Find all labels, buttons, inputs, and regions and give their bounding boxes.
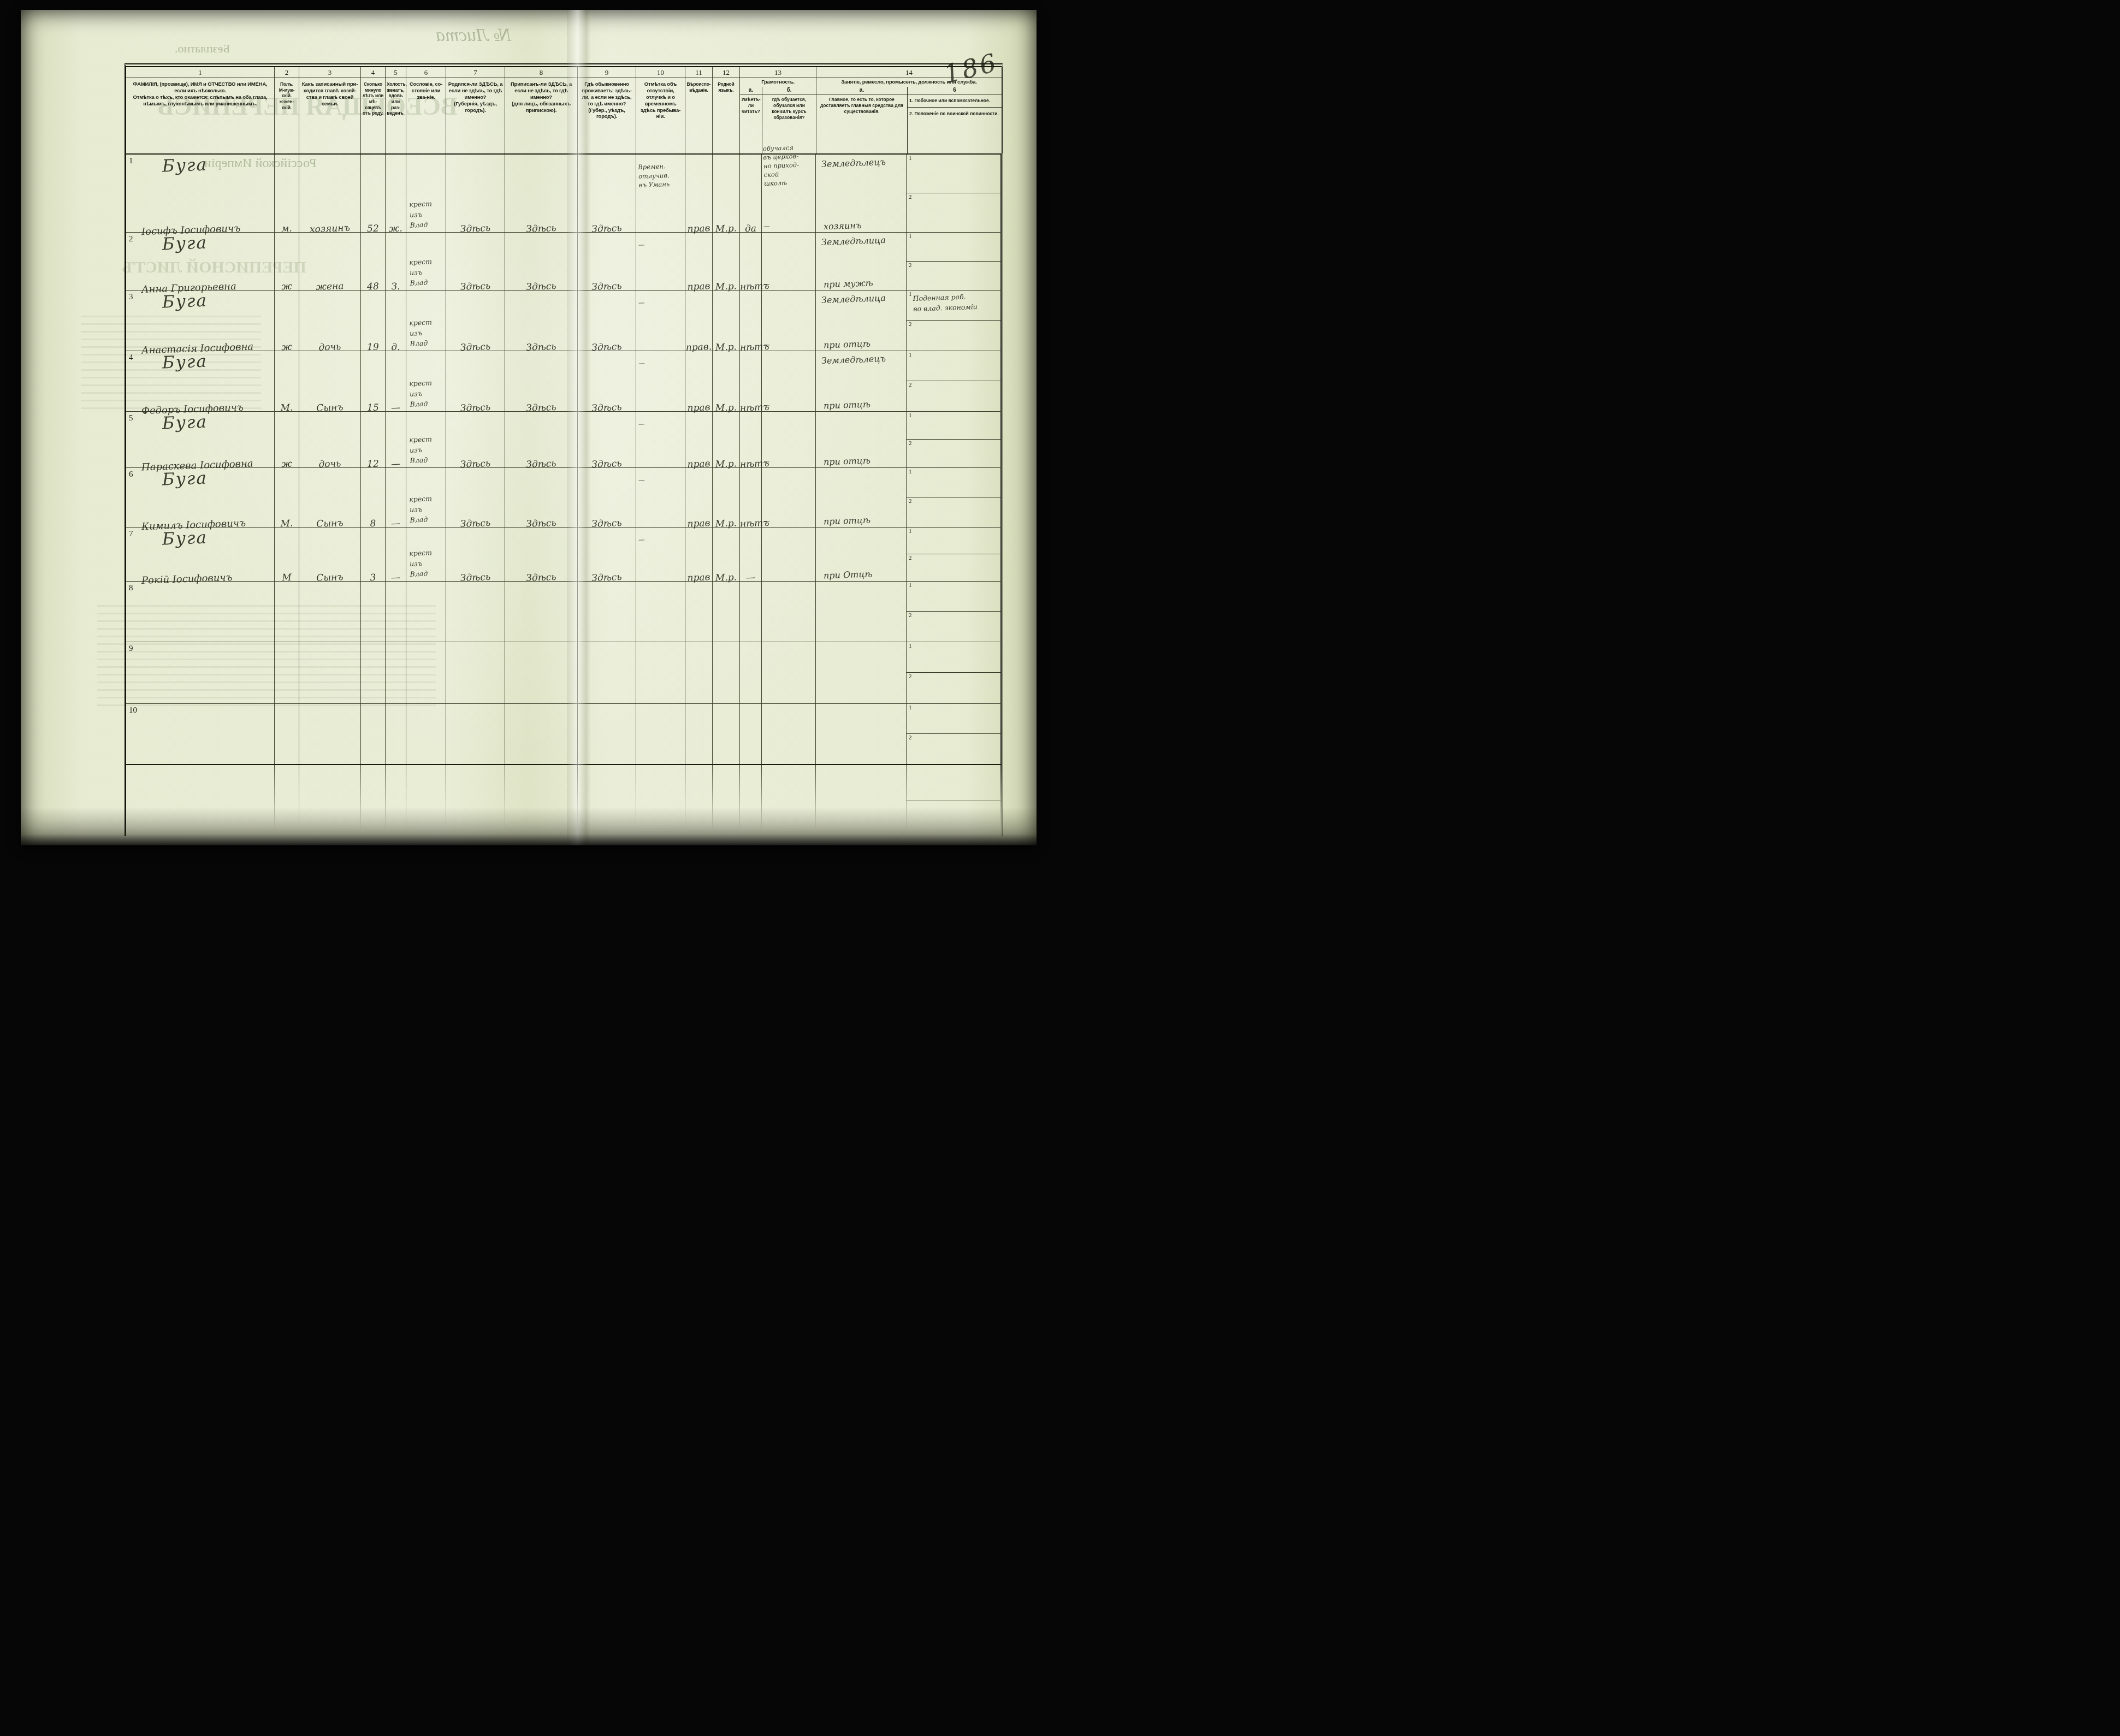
cell-born-here: Здѣсь bbox=[446, 412, 505, 467]
header-col-5: 5 Холостъ, женатъ, вдовъ или раз-веденъ. bbox=[386, 67, 406, 153]
cell-row-number: 8 bbox=[126, 582, 138, 642]
subcell-side-occupation: 1 bbox=[907, 528, 1000, 554]
cell-language bbox=[713, 582, 740, 642]
subcell-military-status: 2 bbox=[907, 321, 1000, 351]
cell-estate: крест изъ Влад bbox=[406, 351, 446, 411]
header-col-14: 14 Занятіе, ремесло, промыселъ, должност… bbox=[816, 67, 1003, 153]
cell-occupation-secondary: 1 2 bbox=[907, 233, 1002, 290]
cell-residence: Здѣсь bbox=[578, 155, 636, 232]
subcell-label-2: 2 bbox=[909, 612, 912, 619]
cell-sex bbox=[275, 704, 299, 764]
cell-language: М.р. bbox=[713, 351, 740, 411]
cell-row-number: 1 bbox=[126, 155, 138, 232]
row-number: 1 bbox=[126, 155, 138, 166]
table-row: 3 Буга Анастасія Іосифовна ж дочь 19 д. … bbox=[126, 291, 1002, 351]
cell-occupation: Земледѣлица при отцѣ bbox=[816, 291, 907, 351]
cell-born-here: Здѣсь bbox=[446, 233, 505, 290]
subcell-military-status: 2 bbox=[907, 262, 1000, 291]
cell-registered-here bbox=[505, 704, 578, 764]
cell-relation: хозяинъ bbox=[299, 155, 361, 232]
cell-name bbox=[138, 582, 275, 642]
header-col-11: 11 Вѣроиспо-вѣданіе. bbox=[685, 67, 713, 153]
cell-row-number: 2 bbox=[126, 233, 138, 290]
header-col-14a: а. Главное, то есть то, которое доставля… bbox=[816, 87, 908, 153]
cell-religion: прав bbox=[685, 412, 713, 467]
table-row: 5 Буга Параскева Іосифовна ж дочь 12 — к… bbox=[126, 412, 1002, 468]
cell-occupation-secondary: 1 2 bbox=[907, 582, 1002, 642]
cell-education bbox=[762, 582, 816, 642]
cell-registered-here: Здѣсь bbox=[505, 468, 578, 527]
row-number: 4 bbox=[126, 351, 138, 363]
cell-name: Буга Федоръ Іосифовичъ bbox=[138, 351, 275, 411]
cell-sex: М bbox=[275, 528, 299, 581]
cell-born-here: Здѣсь bbox=[446, 528, 505, 581]
cell-occupation-secondary: 1 2 bbox=[907, 155, 1002, 232]
cell-residence bbox=[578, 582, 636, 642]
cell-education: обучался въ церков- но приход- ской школ… bbox=[762, 155, 816, 232]
subcell-label-2: 2 bbox=[909, 673, 912, 680]
row-number: 7 bbox=[126, 528, 138, 539]
cell-absence-note: — bbox=[636, 412, 685, 467]
cell-born-here bbox=[446, 582, 505, 642]
cell-estate: крест изъ Влад bbox=[406, 155, 446, 232]
cell-row-number: 3 bbox=[126, 291, 138, 351]
cell-marital bbox=[386, 642, 406, 703]
cell-age bbox=[361, 642, 386, 703]
subcell-side-occupation bbox=[907, 765, 1000, 801]
cell-religion: прав. bbox=[685, 291, 713, 351]
cell-estate bbox=[406, 704, 446, 764]
cell-sex: ж bbox=[275, 233, 299, 290]
cell-born-here bbox=[446, 642, 505, 703]
row-number: 9 bbox=[126, 642, 138, 654]
cell-row-number: 4 bbox=[126, 351, 138, 411]
cell-residence: Здѣсь bbox=[578, 412, 636, 467]
row-number: 6 bbox=[126, 468, 138, 479]
cell-residence: Здѣсь bbox=[578, 528, 636, 581]
subcell-label-2: 2 bbox=[909, 321, 912, 328]
cell-age: 12 bbox=[361, 412, 386, 467]
cell-sex bbox=[275, 642, 299, 703]
subcell-label-1: 1 bbox=[909, 233, 912, 240]
row-number bbox=[126, 765, 138, 767]
cell-education bbox=[762, 642, 816, 703]
cell-religion: прав bbox=[685, 468, 713, 527]
cell-occupation-secondary: 1 Поденная раб. во влад. экономіи 2 bbox=[907, 291, 1002, 351]
cell-literate: да bbox=[740, 155, 762, 232]
cell-row-number: 7 bbox=[126, 528, 138, 581]
cell-estate: крест изъ Влад bbox=[406, 412, 446, 467]
cell-religion: прав bbox=[685, 233, 713, 290]
cell-age bbox=[361, 704, 386, 764]
cell-registered-here: Здѣсь bbox=[505, 351, 578, 411]
row-number: 3 bbox=[126, 291, 138, 302]
cell-literate: — bbox=[740, 528, 762, 581]
subcell-label-1: 1 bbox=[909, 291, 912, 298]
subcell-side-occupation: 1 bbox=[907, 582, 1000, 612]
cell-occupation bbox=[816, 582, 907, 642]
cell-registered-here: Здѣсь bbox=[505, 412, 578, 467]
subcell-military-status: 2 bbox=[907, 612, 1000, 642]
cell-registered-here: Здѣсь bbox=[505, 291, 578, 351]
cell-sex: ж bbox=[275, 291, 299, 351]
cell-residence: Здѣсь bbox=[578, 468, 636, 527]
cell-residence: Здѣсь bbox=[578, 291, 636, 351]
subcell-military-status: 2 bbox=[907, 734, 1000, 764]
header-col-13a: а. Умѣетъ-ли читать? bbox=[740, 87, 762, 153]
cell-language: М.р. bbox=[713, 291, 740, 351]
cell-born-here: Здѣсь bbox=[446, 468, 505, 527]
cell-relation: Сынъ bbox=[299, 528, 361, 581]
cell-name: Буга Анастасія Іосифовна bbox=[138, 291, 275, 351]
cell-sex: М. bbox=[275, 468, 299, 527]
header-col-3: 3 Какъ записанный при-ходится главѣ хозя… bbox=[299, 67, 361, 153]
cell-absence-note: Времен. отлучив. въ Умань bbox=[636, 155, 685, 232]
cell-estate: крест изъ Влад bbox=[406, 233, 446, 290]
cell-born-here bbox=[446, 704, 505, 764]
cell-religion: прав bbox=[685, 351, 713, 411]
cell-age: 52 bbox=[361, 155, 386, 232]
surname-handwriting: Буга bbox=[162, 155, 208, 176]
header-col-8: 8 Приписанъ-ли ЗДѢСЬ, а если не здѣсь, т… bbox=[505, 67, 578, 153]
cell-age bbox=[361, 582, 386, 642]
cell-religion: прав bbox=[685, 528, 713, 581]
table-row: 9 bbox=[126, 642, 1002, 704]
cell-name bbox=[138, 642, 275, 703]
cell-registered-here: Здѣсь bbox=[505, 233, 578, 290]
cell-residence: Здѣсь bbox=[578, 233, 636, 290]
header-col-4: 4 Сколько минуло лѣтъ или мѣ-сяцевъ отъ … bbox=[361, 67, 386, 153]
cell-name: Буга Рокій Іосифовичъ bbox=[138, 528, 275, 581]
subcell-label-2: 2 bbox=[909, 555, 912, 561]
cell-language: М.р. bbox=[713, 528, 740, 581]
cell-absence-note: — bbox=[636, 528, 685, 581]
subcell-label-2: 2 bbox=[909, 440, 912, 447]
cell-language bbox=[713, 704, 740, 764]
cell-absence-note bbox=[636, 582, 685, 642]
cell-relation: Сынъ bbox=[299, 468, 361, 527]
census-table: 1 ФАМИЛІЯ, (прозвище), ИМЯ и ОТЧЕСТВО ил… bbox=[125, 63, 1003, 836]
cell-language bbox=[713, 642, 740, 703]
cell-age: 8 bbox=[361, 468, 386, 527]
subcell-side-occupation: 1 bbox=[907, 351, 1000, 381]
subcell-military-status: 2 bbox=[907, 381, 1000, 411]
census-sheet: Безплатно. № Листа ВСЕОБЩАЯ ПЕРЕПИСЬ Рос… bbox=[21, 10, 1037, 845]
subcell-military-status: 2 bbox=[907, 554, 1000, 581]
table-row: 6 Буга Кимилъ Іосифовичъ М. Сынъ 8 — кре… bbox=[126, 468, 1002, 528]
cell-literate: нѣтъ bbox=[740, 233, 762, 290]
cell-language: М.р. bbox=[713, 155, 740, 232]
cell-religion bbox=[685, 704, 713, 764]
table-row: 8 bbox=[126, 582, 1002, 642]
subcell-label-2: 2 bbox=[909, 194, 912, 200]
cell-marital bbox=[386, 582, 406, 642]
cell-registered-here bbox=[505, 582, 578, 642]
cell-name: Буга Анна Григорьевна bbox=[138, 233, 275, 290]
subcell-label-1: 1 bbox=[909, 528, 912, 535]
cell-absence-note: — bbox=[636, 233, 685, 290]
cell-registered-here bbox=[505, 642, 578, 703]
cell-marital: — bbox=[386, 468, 406, 527]
cell-absence-note bbox=[636, 642, 685, 703]
cell-marital: — bbox=[386, 351, 406, 411]
cell-row-number: 5 bbox=[126, 412, 138, 467]
subcell-military-status: 2 bbox=[907, 440, 1000, 467]
cell-literate: нѣтъ bbox=[740, 351, 762, 411]
cell-name: Буга Параскева Іосифовна bbox=[138, 412, 275, 467]
cell-row-number: 10 bbox=[126, 704, 138, 764]
ghost-free-label: Безплатно. bbox=[175, 42, 230, 56]
row-number: 5 bbox=[126, 412, 138, 423]
table-row: 4 Буга Федоръ Іосифовичъ М. Сынъ 15 — кр… bbox=[126, 351, 1002, 412]
subcell-military-status: 2 bbox=[907, 497, 1000, 527]
col-title: ФАМИЛІЯ, (прозвище), ИМЯ и ОТЧЕСТВО или … bbox=[126, 78, 274, 109]
cell-absence-note: — bbox=[636, 351, 685, 411]
photo-of-census-sheet: { "page": { "number": "186" }, "bleedthr… bbox=[0, 0, 1060, 868]
cell-occupation bbox=[816, 642, 907, 703]
cell-residence bbox=[578, 704, 636, 764]
cell-religion bbox=[685, 642, 713, 703]
table-row: 2 Буга Анна Григорьевна ж жена 48 З. кре… bbox=[126, 233, 1002, 291]
cell-literate bbox=[740, 704, 762, 764]
cell-name: Буга Кимилъ Іосифовичъ bbox=[138, 468, 275, 527]
subcell-label-1: 1 bbox=[909, 412, 912, 419]
cell-marital bbox=[386, 704, 406, 764]
cell-registered-here: Здѣсь bbox=[505, 155, 578, 232]
cell-sex bbox=[275, 582, 299, 642]
cell-marital: ж. bbox=[386, 155, 406, 232]
cell-occupation-secondary: 1 2 bbox=[907, 704, 1002, 764]
cell-relation: жена bbox=[299, 233, 361, 290]
cell-age: 19 bbox=[361, 291, 386, 351]
subcell-side-occupation: 1 bbox=[907, 233, 1000, 262]
cell-literate: нѣтъ bbox=[740, 291, 762, 351]
cell-born-here: Здѣсь bbox=[446, 291, 505, 351]
table-body: 1 Буга Іосифъ Іосифовичъ м. хозяинъ 52 ж… bbox=[126, 155, 1002, 836]
cell-born-here: Здѣсь bbox=[446, 351, 505, 411]
cell-occupation: при Отцѣ bbox=[816, 528, 907, 581]
header-col-1: 1 ФАМИЛІЯ, (прозвище), ИМЯ и ОТЧЕСТВО ил… bbox=[126, 67, 275, 153]
col-number: 1 bbox=[126, 67, 274, 78]
table-header: 1 ФАМИЛІЯ, (прозвище), ИМЯ и ОТЧЕСТВО ил… bbox=[126, 67, 1002, 155]
table-row: 7 Буга Рокій Іосифовичъ М Сынъ 3 — крест… bbox=[126, 528, 1002, 582]
header-col-6: 6 Сословіе, со-стояніе или зва-ніе. bbox=[406, 67, 446, 153]
cell-marital: д. bbox=[386, 291, 406, 351]
cell-religion: прав bbox=[685, 155, 713, 232]
cell-name bbox=[138, 704, 275, 764]
subcell-label-1: 1 bbox=[909, 643, 912, 649]
cell-occupation: Земледѣлецъ хозяинъ bbox=[816, 155, 907, 232]
cell-name: Буга Іосифъ Іосифовичъ bbox=[138, 155, 275, 232]
cell-occupation-secondary: 1 2 bbox=[907, 351, 1002, 411]
cell-occupation: Земледѣлецъ при отцѣ bbox=[816, 351, 907, 411]
subcell-label-1: 1 bbox=[909, 352, 912, 358]
subcell-side-occupation: 1 Поденная раб. во влад. экономіи bbox=[907, 291, 1000, 321]
cell-relation: дочь bbox=[299, 412, 361, 467]
row-number: 10 bbox=[126, 704, 138, 715]
cell-occupation bbox=[816, 704, 907, 764]
subcell-label-1: 1 bbox=[909, 155, 912, 162]
cell-estate: крест изъ Влад bbox=[406, 528, 446, 581]
cell-occupation: при отцѣ bbox=[816, 412, 907, 467]
cell-relation bbox=[299, 582, 361, 642]
header-col-2: 2 Полъ. М-муж-скій. ж-жен-скій. bbox=[275, 67, 299, 153]
cell-estate: крест изъ Влад bbox=[406, 291, 446, 351]
ghost-sheet-no: № Листа bbox=[436, 25, 511, 46]
cell-occupation: Земледѣлица при мужѣ bbox=[816, 233, 907, 290]
subcell-military-status: 2 bbox=[907, 673, 1000, 703]
subcell-side-occupation: 1 bbox=[907, 468, 1000, 497]
cell-occupation: при отцѣ bbox=[816, 468, 907, 527]
cell-language: М.р. bbox=[713, 412, 740, 467]
subcell-side-occupation: 1 bbox=[907, 704, 1000, 734]
cell-residence bbox=[578, 642, 636, 703]
cell-literate bbox=[740, 582, 762, 642]
subcell-side-occupation: 1 bbox=[907, 155, 1000, 193]
cell-residence: Здѣсь bbox=[578, 351, 636, 411]
cell-registered-here: Здѣсь bbox=[505, 528, 578, 581]
cell-absence-note bbox=[636, 704, 685, 764]
cell-sex: ж bbox=[275, 412, 299, 467]
cell-relation bbox=[299, 642, 361, 703]
subcell-label-2: 2 bbox=[909, 382, 912, 388]
cell-relation: Сынъ bbox=[299, 351, 361, 411]
cell-marital: — bbox=[386, 412, 406, 467]
cell-religion bbox=[685, 582, 713, 642]
cell-sex: М. bbox=[275, 351, 299, 411]
cell-age: 48 bbox=[361, 233, 386, 290]
page-bottom-shadow bbox=[21, 807, 1037, 845]
subcell-label-1: 1 bbox=[909, 582, 912, 589]
row-number: 8 bbox=[126, 582, 138, 593]
cell-occupation-secondary: 1 2 bbox=[907, 642, 1002, 703]
cell-occupation-secondary: 1 2 bbox=[907, 528, 1002, 581]
subcell-label-2: 2 bbox=[909, 262, 912, 269]
cell-literate: нѣтъ bbox=[740, 468, 762, 527]
cell-born-here: Здѣсь bbox=[446, 155, 505, 232]
header-col-9: 9 Гдѣ обыкновенно проживаетъ: здѣсь-ли, … bbox=[578, 67, 636, 153]
cell-row-number: 6 bbox=[126, 468, 138, 527]
header-col-14b: 6 1. Побочное или вспомогательное. 2. По… bbox=[908, 87, 1002, 153]
cell-language: М.р. bbox=[713, 468, 740, 527]
cell-marital: З. bbox=[386, 233, 406, 290]
header-col-7: 7 Родился-ли ЗДѢСЬ, а если не здѣсь, то … bbox=[446, 67, 505, 153]
subcell-label-2: 2 bbox=[909, 734, 912, 741]
cell-age: 3 bbox=[361, 528, 386, 581]
cell-relation bbox=[299, 704, 361, 764]
cell-language: М.р. bbox=[713, 233, 740, 290]
cell-estate bbox=[406, 642, 446, 703]
cell-literate: нѣтъ bbox=[740, 412, 762, 467]
table-row: 10 bbox=[126, 704, 1002, 765]
subcell-side-occupation: 1 bbox=[907, 642, 1000, 673]
cell-estate: крест изъ Влад bbox=[406, 468, 446, 527]
header-col-10: 10 Отмѣтка объ отсутствіи, отлучкѣ и о в… bbox=[636, 67, 685, 153]
cell-estate bbox=[406, 582, 446, 642]
table-row: 1 Буга Іосифъ Іосифовичъ м. хозяинъ 52 ж… bbox=[126, 155, 1002, 233]
cell-sex: м. bbox=[275, 155, 299, 232]
cell-relation: дочь bbox=[299, 291, 361, 351]
subcell-side-occupation: 1 bbox=[907, 412, 1000, 440]
cell-education: — bbox=[762, 528, 816, 581]
subcell-label-1: 1 bbox=[909, 469, 912, 475]
header-col-12: 12 Родной языкъ. bbox=[713, 67, 740, 153]
row-number: 2 bbox=[126, 233, 138, 244]
cell-literate bbox=[740, 642, 762, 703]
cell-row-number: 9 bbox=[126, 642, 138, 703]
header-col-13: 13 Грамотность. а. Умѣетъ-ли читать? б. … bbox=[740, 67, 816, 153]
subcell-label-2: 2 bbox=[909, 498, 912, 505]
cell-age: 15 bbox=[361, 351, 386, 411]
subcell-military-status: 2 bbox=[907, 193, 1000, 232]
subcell-label-1: 1 bbox=[909, 704, 912, 711]
cell-occupation-secondary: 1 2 bbox=[907, 412, 1002, 467]
cell-education bbox=[762, 704, 816, 764]
cell-absence-note: — bbox=[636, 291, 685, 351]
cell-absence-note: — bbox=[636, 468, 685, 527]
cell-marital: — bbox=[386, 528, 406, 581]
cell-occupation-secondary: 1 2 bbox=[907, 468, 1002, 527]
